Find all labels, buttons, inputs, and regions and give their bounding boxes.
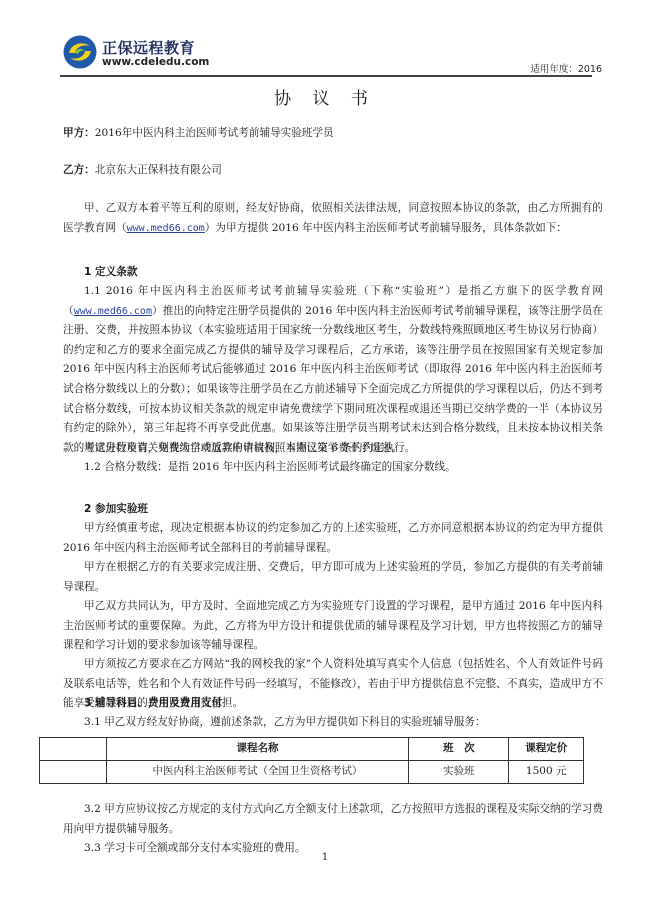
party-b: 乙方：北京东大正保科技有限公司 — [63, 161, 603, 181]
table-header-class: 班 次 — [409, 738, 509, 761]
page-number: 1 — [0, 852, 650, 863]
party-a-value: 2016年中医内科主治医师考试考前辅导实验班学员 — [95, 127, 334, 139]
section-3-2-paragraph: 3.2 甲方应协议按乙方规定的支付方式向乙方全额支付上述款项，乙方按照甲方选报的… — [63, 800, 603, 839]
party-a-label: 甲方： — [63, 127, 95, 139]
section-2-paragraph-3: 甲乙双方共同认为，甲方及时、全面地完成乙方为实验班专门设置的学习课程，是甲方通过… — [63, 597, 603, 656]
page-header: 正保远程教育 www.cdeledu.com 适用年度：2016 — [60, 34, 605, 76]
section-2-paragraph-2: 甲方在根据乙方的有关要求完成注册、交费后，甲方即可成为上述实验班的学员，参加乙方… — [63, 558, 603, 597]
brand-name: 正保远程教育 — [102, 37, 195, 58]
header-divider — [60, 75, 592, 77]
table-cell-class: 实验班 — [409, 761, 509, 784]
table-cell-blank — [40, 761, 107, 784]
document-title: 协 议 书 — [0, 84, 650, 109]
section-3-heading: 3 辅导科目、费用及费用支付 — [84, 694, 222, 714]
party-b-label: 乙方： — [63, 164, 95, 176]
intro-text-2: ）为甲方提供 2016 年中医内科主治医师考试考前辅导服务，具体条款如下： — [205, 222, 567, 234]
med66-link[interactable]: www.med66.com — [127, 223, 205, 234]
table-header-row: 课程名称 班 次 课程定价 — [40, 738, 584, 761]
section-1-2-paragraph: 1.2 合格分数线：是指 2016 年中医内科主治医师考试最终确定的国家分数线。 — [63, 458, 603, 478]
section-2-heading: 2 参加实验班 — [84, 500, 148, 520]
party-a: 甲方：2016年中医内科主治医师考试考前辅导实验班学员 — [63, 124, 603, 144]
section-3-1-paragraph: 3.1 甲乙双方经友好协商，遵前述条款，乙方为甲方提供如下科目的实验班辅导服务： — [63, 713, 603, 733]
section-2-paragraph-1: 甲方经慎重考虑，现决定根据本协议的约定参加乙方的上述实验班，乙方亦同意根据本协议… — [63, 519, 603, 558]
cdeledu-logo-icon — [63, 35, 97, 69]
course-price-table: 课程名称 班 次 课程定价 中医内科主治医师考试（全国卫生资格考试） 实验班 1… — [39, 737, 584, 784]
section-1-1-paragraph: 1.1 2016 年中医内科主治医师考试考前辅导实验班（下称“实验班”）是指乙方… — [63, 282, 603, 458]
party-b-value: 北京东大正保科技有限公司 — [95, 164, 222, 176]
table-header-price: 课程定价 — [509, 738, 584, 761]
applicable-year: 适用年度：2016 — [530, 61, 602, 75]
section-1-exam-score-paragraph: 考试分数及有关免费续学或返款的申请按照本协议第 6 条的约定执行。 — [63, 439, 603, 459]
table-cell-price: 1500 元 — [509, 761, 584, 784]
brand-url: www.cdeledu.com — [102, 56, 209, 68]
table-header-blank — [40, 738, 107, 761]
intro-paragraph: 甲、乙双方本着平等互利的原则，经友好协商，依照相关法律法规，同意按照本协议的条款… — [63, 199, 603, 238]
table-row: 中医内科主治医师考试（全国卫生资格考试） 实验班 1500 元 — [40, 761, 584, 784]
section-1-1-text-2: ）推出的向特定注册学员提供的 2016 年中医内科主治医师考试考前辅导课程，该等… — [63, 305, 603, 454]
table-cell-course-name: 中医内科主治医师考试（全国卫生资格考试） — [106, 761, 409, 784]
table-header-course-name: 课程名称 — [106, 738, 409, 761]
med66-link-2[interactable]: www.med66.com — [74, 306, 152, 317]
section-1-heading: 1 定义条款 — [84, 263, 137, 283]
